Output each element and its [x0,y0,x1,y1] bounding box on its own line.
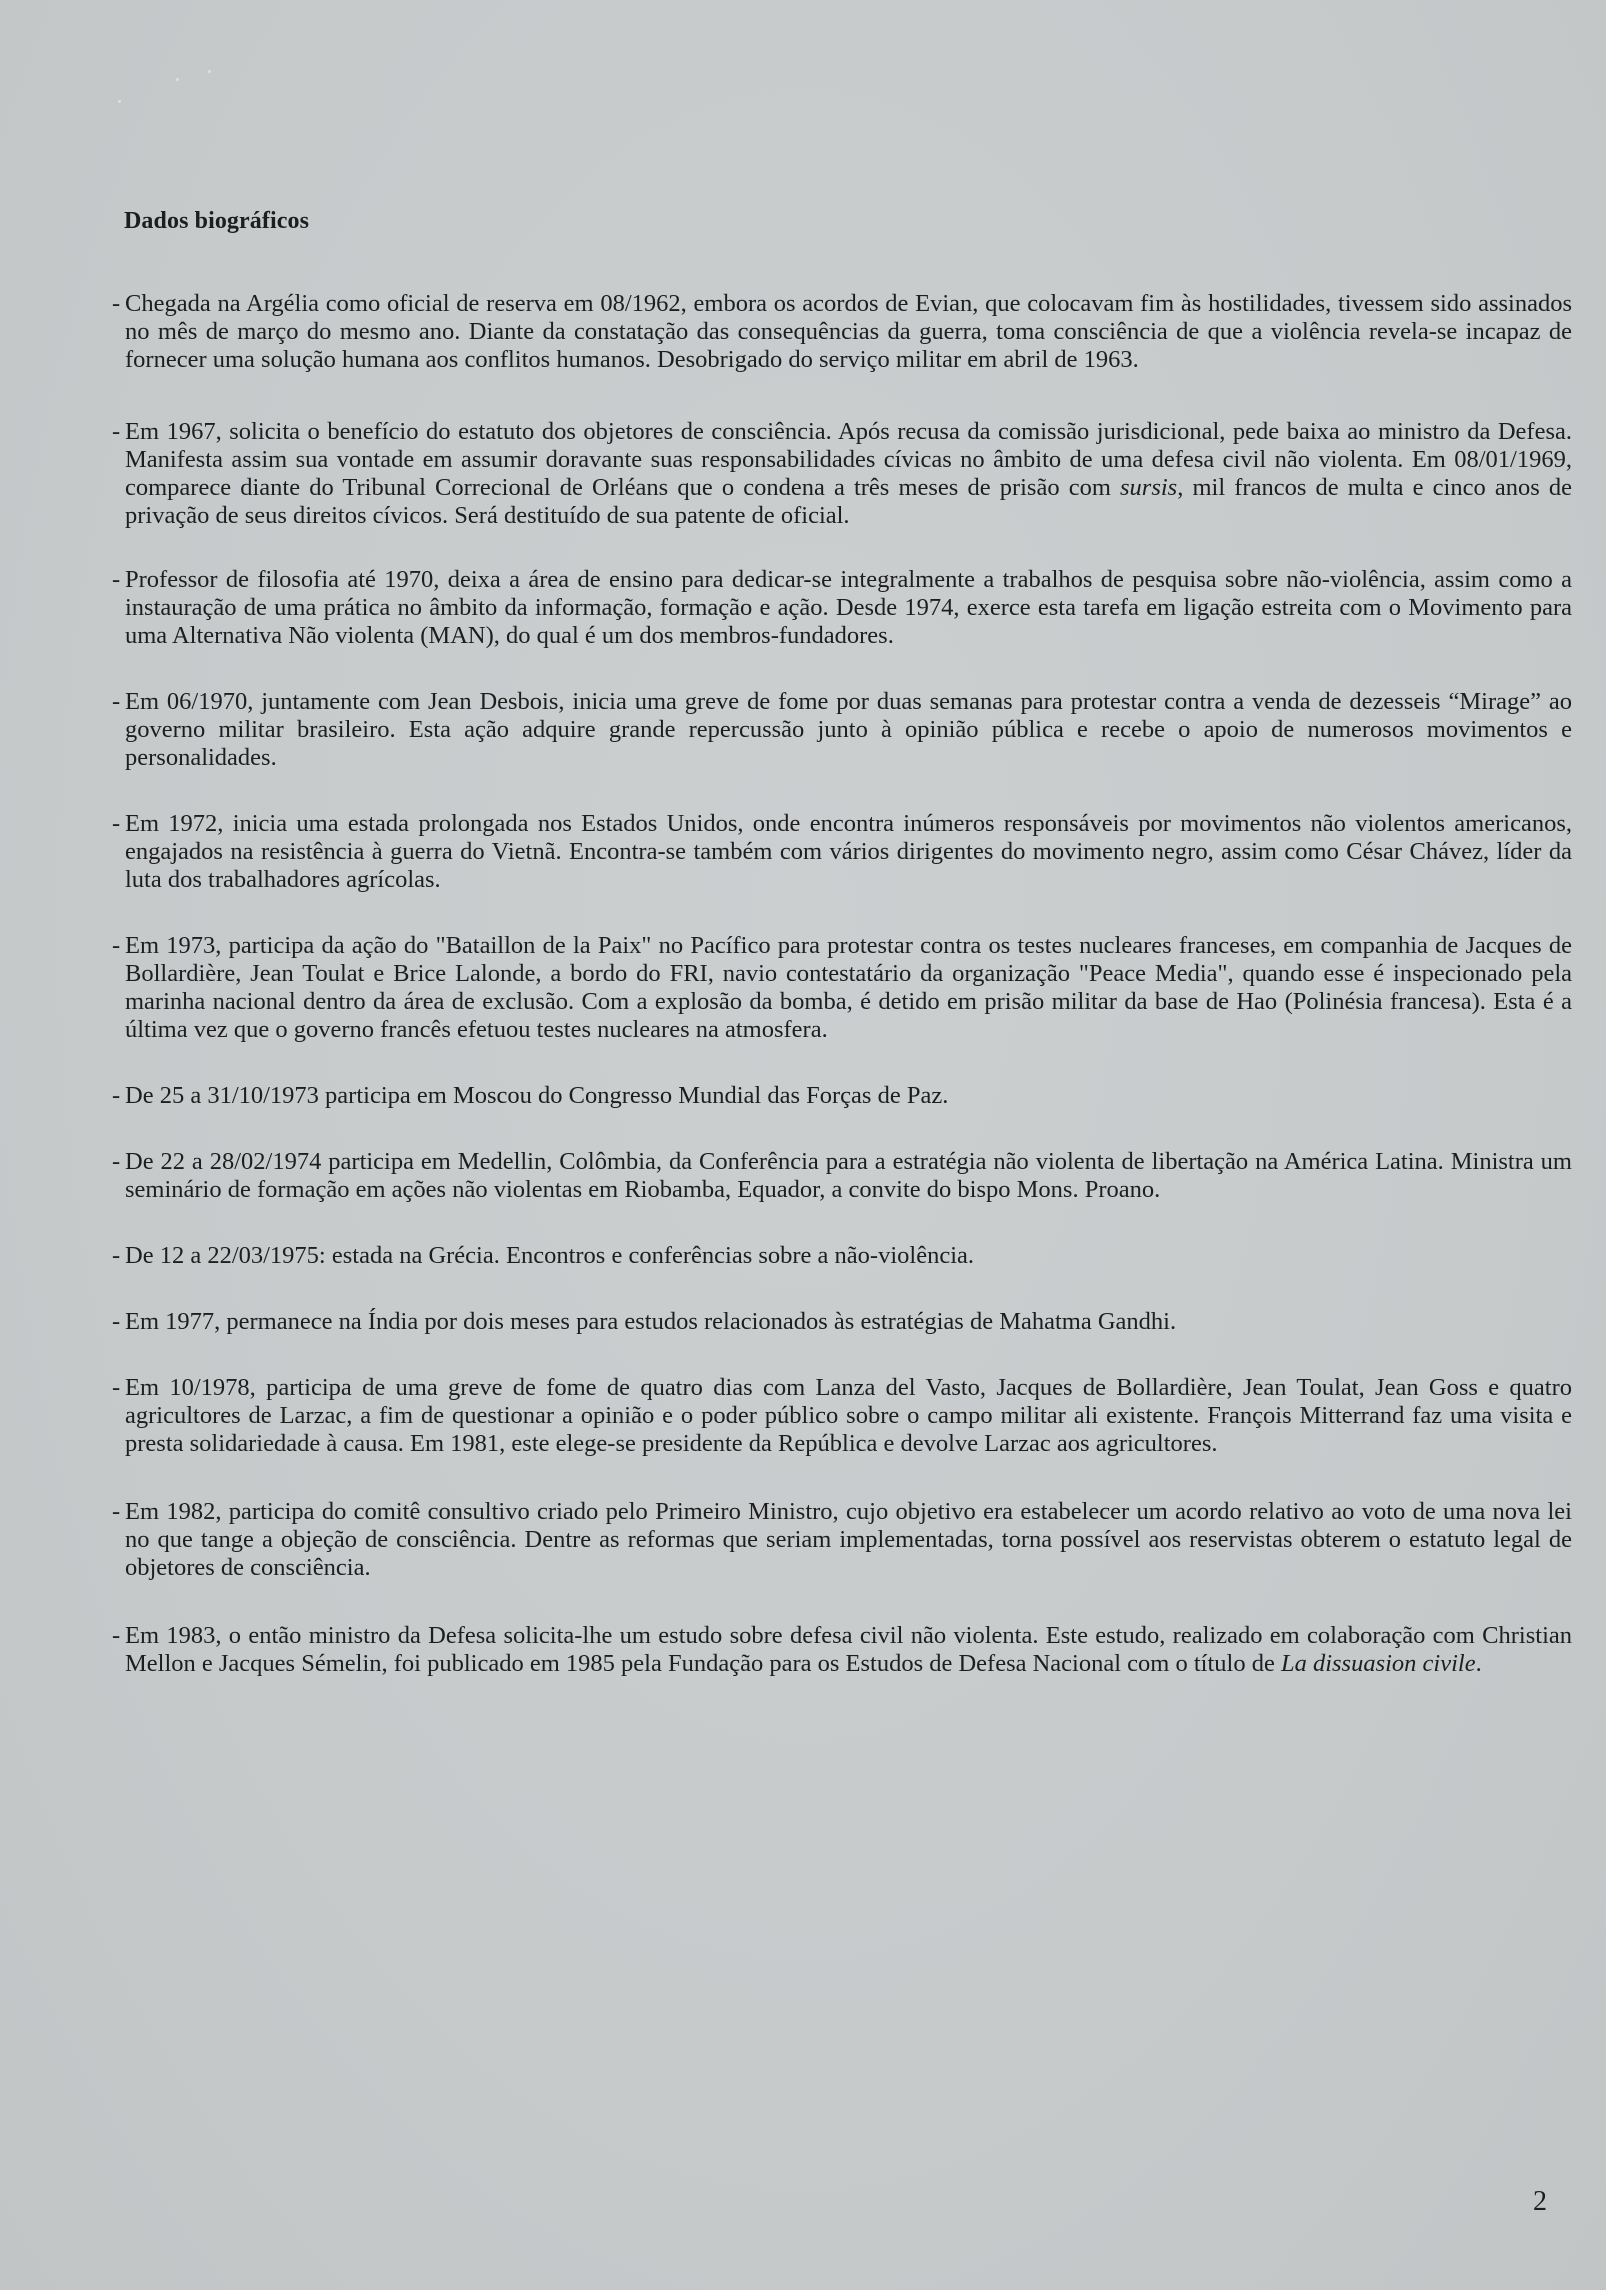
bio-entry-larzac-1978: - Em 10/1978, participa de uma greve de … [112,1374,1572,1458]
bio-entry-moscow-1973: - De 25 a 31/10/1973 participa em Moscou… [112,1082,1572,1110]
bullet-dash: - [112,566,120,594]
bio-entry-hunger-strike-1970: - Em 06/1970, juntamente com Jean Desboi… [112,688,1572,772]
paper-speck [176,78,179,81]
bullet-dash: - [112,932,120,960]
bio-entry-algeria-1962: - Chegada na Argélia como oficial de res… [112,290,1572,374]
document-page: Dados biográficos - Chegada na Argélia c… [0,0,1606,2290]
entry-text: Em 1972, inicia uma estada prolongada no… [125,810,1572,893]
bullet-dash: - [112,1082,120,1110]
bio-entry-greece-1975: - De 12 a 22/03/1975: estada na Grécia. … [112,1242,1572,1270]
bio-entry-philosophy-1970: - Professor de filosofia até 1970, deixa… [112,566,1572,650]
bio-entry-pacific-1973: - Em 1973, participa da ação do "Bataill… [112,932,1572,1044]
paper-speck [118,100,121,103]
bullet-dash: - [112,810,120,838]
bio-entry-committee-1982: - Em 1982, participa do comitê consultiv… [112,1498,1572,1582]
bullet-dash: - [112,1374,120,1402]
bio-entry-medellin-1974: - De 22 a 28/02/1974 participa em Medell… [112,1148,1572,1204]
bullet-dash: - [112,688,120,716]
entry-text: Em 10/1978, participa de uma greve de fo… [125,1374,1572,1457]
bio-entry-civil-defense-1983: - Em 1983, o então ministro da Defesa so… [112,1622,1572,1678]
document-title: Dados biográficos [124,208,309,235]
bio-entry-usa-1972: - Em 1972, inicia uma estada prolongada … [112,810,1572,894]
entry-text: Em 06/1970, juntamente com Jean Desbois,… [125,688,1572,771]
entry-italic-title: La dissuasion civile [1281,1650,1476,1677]
bullet-dash: - [112,418,120,446]
entry-text: Em 1973, participa da ação do "Bataillon… [125,932,1572,1043]
bullet-dash: - [112,1622,120,1650]
entry-text: De 22 a 28/02/1974 participa em Medellin… [125,1148,1572,1203]
bullet-dash: - [112,1148,120,1176]
entry-text: . [1476,1650,1482,1677]
bio-entry-india-1977: - Em 1977, permanece na Índia por dois m… [112,1308,1572,1336]
bullet-dash: - [112,1308,120,1336]
paper-speck [208,70,211,73]
bullet-dash: - [112,290,120,318]
bullet-dash: - [112,1242,120,1270]
bio-entry-objector-1967: - Em 1967, solicita o benefício do estat… [112,418,1572,530]
entry-text: Professor de filosofia até 1970, deixa a… [125,566,1572,649]
entry-text: Em 1982, participa do comitê consultivo … [125,1498,1572,1581]
entry-text: Chegada na Argélia como oficial de reser… [125,290,1572,373]
entry-text: De 25 a 31/10/1973 participa em Moscou d… [125,1082,948,1109]
entry-text: De 12 a 22/03/1975: estada na Grécia. En… [125,1242,974,1269]
page-number: 2 [1533,2186,1547,2218]
entry-text: Em 1977, permanece na Índia por dois mes… [125,1308,1176,1335]
bullet-dash: - [112,1498,120,1526]
entry-italic-term: sursis [1120,474,1177,501]
biography-entries: - Chegada na Argélia como oficial de res… [112,290,1572,1678]
